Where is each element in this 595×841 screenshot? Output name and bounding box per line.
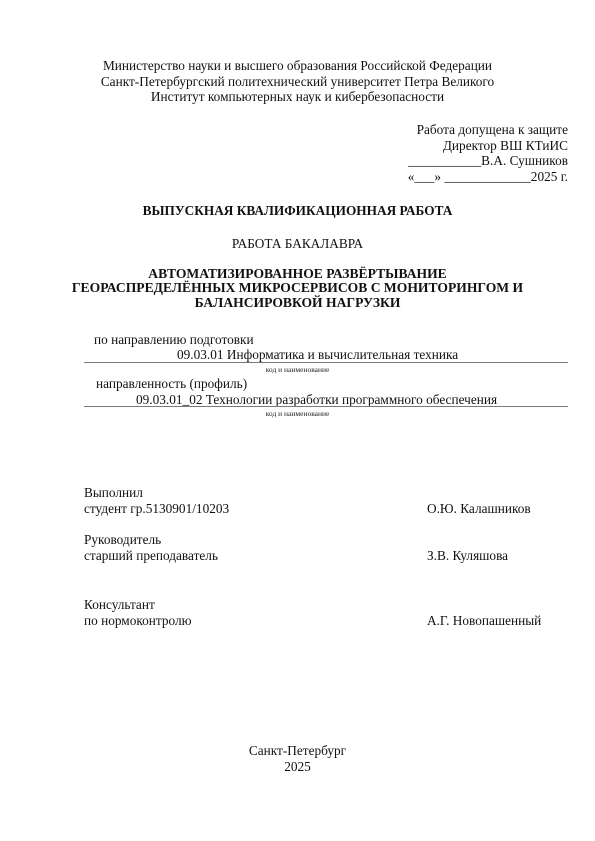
title-line-2: ГЕОРАСПРЕДЕЛЁННЫХ МИКРОСЕРВИСОВ С МОНИТО… xyxy=(0,281,595,295)
direction-underline xyxy=(84,362,568,363)
title-line-3: БАЛАНСИРОВКОЙ НАГРУЗКИ xyxy=(0,296,595,310)
degree-type: РАБОТА БАКАЛАВРА xyxy=(0,236,595,252)
approval-director: Директор ВШ КТиИС xyxy=(408,138,568,154)
signatory-student-name: О.Ю. Калашников xyxy=(427,501,531,517)
approval-status: Работа допущена к защите xyxy=(408,122,568,138)
approval-signature: ___________В.А. Сушников xyxy=(408,153,568,169)
approval-block: Работа допущена к защите Директор ВШ КТи… xyxy=(408,122,568,184)
direction-value: 09.03.01 Информатика и вычислительная те… xyxy=(177,347,458,363)
profile-label: направленность (профиль) xyxy=(96,376,247,392)
direction-label: по направлению подготовки xyxy=(94,332,254,348)
signatory-consultant-name: А.Г. Новопашенный xyxy=(427,613,541,629)
title-line-1: АВТОМАТИЗИРОВАННОЕ РАЗВЁРТЫВАНИЕ xyxy=(0,267,595,281)
signatory-consultant-role: Консультант xyxy=(84,597,155,613)
approval-date: «___» _____________2025 г. xyxy=(408,169,568,185)
university-line: Санкт-Петербургский политехнический унив… xyxy=(0,74,595,90)
institution-header: Министерство науки и высшего образования… xyxy=(0,58,595,105)
signatory-supervisor-role: Руководитель xyxy=(84,532,161,548)
work-type: ВЫПУСКНАЯ КВАЛИФИКАЦИОННАЯ РАБОТА xyxy=(0,203,595,219)
profile-caption: код и наименование xyxy=(0,409,595,418)
institute-line: Институт компьютерных наук и кибербезопа… xyxy=(0,89,595,105)
ministry-line: Министерство науки и высшего образования… xyxy=(0,58,595,74)
direction-caption: код и наименование xyxy=(0,365,595,374)
thesis-title: АВТОМАТИЗИРОВАННОЕ РАЗВЁРТЫВАНИЕ ГЕОРАСП… xyxy=(0,267,595,310)
signatory-supervisor-position: старший преподаватель xyxy=(84,548,218,564)
signatory-supervisor-name: З.В. Куляшова xyxy=(427,548,508,564)
signatory-student-role: Выполнил xyxy=(84,485,143,501)
signatory-consultant-position: по нормоконтролю xyxy=(84,613,192,629)
signatory-student-position: студент гр.5130901/10203 xyxy=(84,501,229,517)
footer-year: 2025 xyxy=(0,759,595,775)
footer-city: Санкт-Петербург xyxy=(0,743,595,759)
footer: Санкт-Петербург 2025 xyxy=(0,743,595,774)
profile-underline xyxy=(84,406,568,407)
